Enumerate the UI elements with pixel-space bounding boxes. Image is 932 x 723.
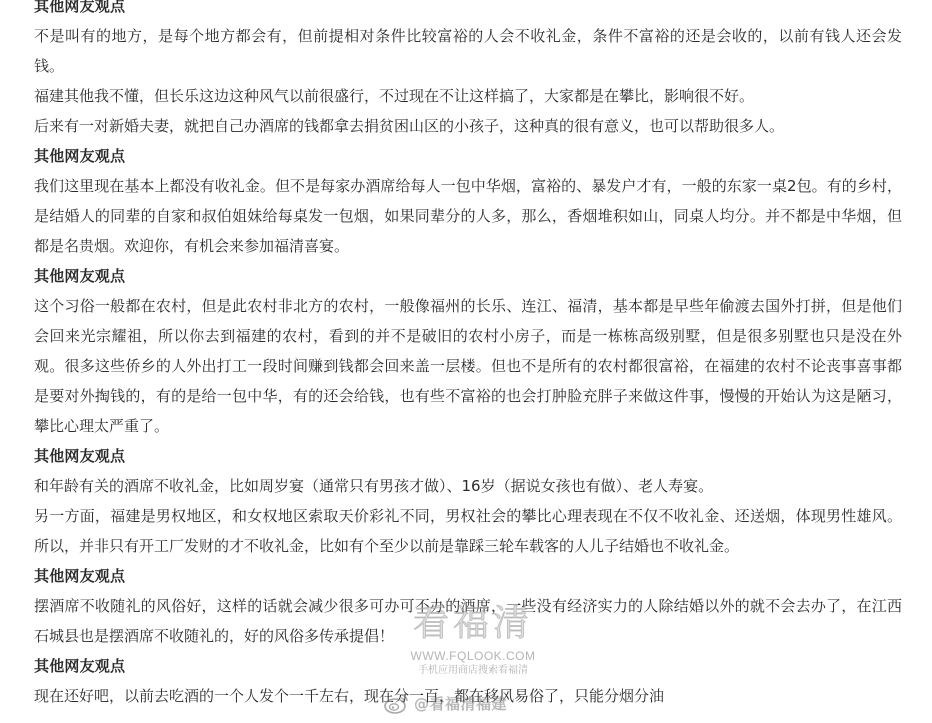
comment-section: 其他网友观点 这个习俗一般都在农村，但是此农村非北方的农村，一般像福州的长乐、连… bbox=[34, 261, 902, 441]
paragraph: 摆酒席不收随礼的风俗好，这样的话就会减少很多可办可不办的酒席，一些没有经济实力的… bbox=[34, 591, 902, 651]
article-body: 其他网友观点 不是叫有的地方，是每个地方都会有，但前提相对条件比较富裕的人会不收… bbox=[34, 0, 902, 711]
section-heading: 其他网友观点 bbox=[34, 561, 902, 591]
paragraph: 我们这里现在基本上都没有收礼金。但不是每家办酒席给每人一包中华烟，富裕的、暴发户… bbox=[34, 171, 902, 261]
comment-section: 其他网友观点 和年龄有关的酒席不收礼金，比如周岁宴（通常只有男孩才做）、16岁（… bbox=[34, 441, 902, 561]
comment-section: 其他网友观点 不是叫有的地方，是每个地方都会有，但前提相对条件比较富裕的人会不收… bbox=[34, 0, 902, 141]
comment-section: 其他网友观点 现在还好吧，以前去吃酒的一个人发个一千左右，现在分一百，都在移风易… bbox=[34, 651, 902, 711]
section-heading: 其他网友观点 bbox=[34, 0, 902, 21]
paragraph: 这个习俗一般都在农村，但是此农村非北方的农村，一般像福州的长乐、连江、福清，基本… bbox=[34, 291, 902, 441]
paragraph: 后来有一对新婚夫妻，就把自己办酒席的钱都拿去捐贫困山区的小孩子，这种真的很有意义… bbox=[34, 111, 902, 141]
section-heading: 其他网友观点 bbox=[34, 261, 902, 291]
paragraph: 另一方面，福建是男权地区，和女权地区索取天价彩礼不同，男权社会的攀比心理表现在不… bbox=[34, 501, 902, 561]
paragraph: 福建其他我不懂，但长乐这边这种风气以前很盛行，不过现在不让这样搞了，大家都是在攀… bbox=[34, 81, 902, 111]
section-heading: 其他网友观点 bbox=[34, 651, 902, 681]
section-heading: 其他网友观点 bbox=[34, 441, 902, 471]
paragraph: 不是叫有的地方，是每个地方都会有，但前提相对条件比较富裕的人会不收礼金，条件不富… bbox=[34, 21, 902, 81]
paragraph: 现在还好吧，以前去吃酒的一个人发个一千左右，现在分一百，都在移风易俗了，只能分烟… bbox=[34, 681, 902, 711]
comment-section: 其他网友观点 摆酒席不收随礼的风俗好，这样的话就会减少很多可办可不办的酒席，一些… bbox=[34, 561, 902, 651]
comment-section: 其他网友观点 我们这里现在基本上都没有收礼金。但不是每家办酒席给每人一包中华烟，… bbox=[34, 141, 902, 261]
paragraph: 和年龄有关的酒席不收礼金，比如周岁宴（通常只有男孩才做）、16岁（据说女孩也有做… bbox=[34, 471, 902, 501]
section-heading: 其他网友观点 bbox=[34, 141, 902, 171]
